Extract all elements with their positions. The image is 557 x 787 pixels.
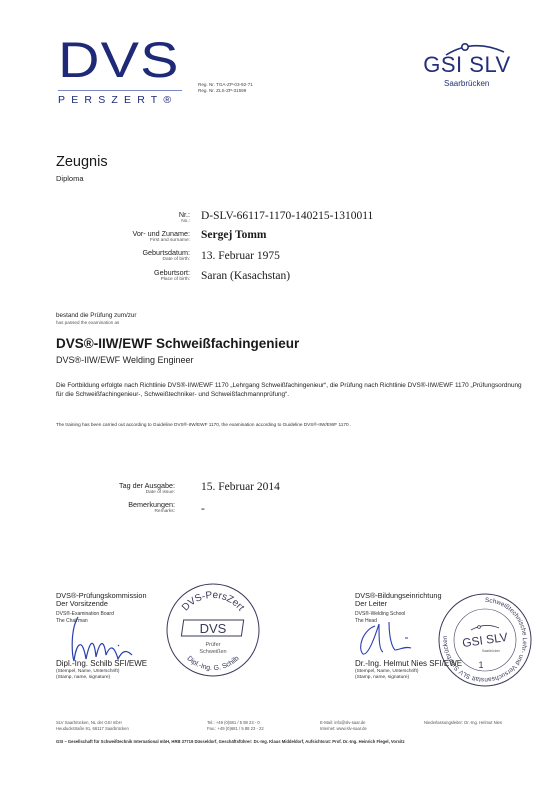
field-label-number: Nr.: No.: — [40, 211, 190, 225]
label-en: First and surname: — [40, 238, 190, 244]
handwritten-signature-icon — [60, 615, 150, 665]
qualification-title-en: DVS®-IIW/EWF Welding Engineer — [56, 355, 194, 365]
signature-note: (Stempel, Name, Unterschrift) (Stamp, na… — [56, 669, 119, 681]
footer-branch-manager: Niederlassungsleiter: Dr.-Ing. Helmut Ni… — [424, 720, 502, 726]
signature-role: Der Vorsitzende — [56, 600, 147, 608]
holder-name: Sergej Tomm — [201, 229, 266, 241]
certificate-number: D-SLV-66117-1170-140215-1310011 — [201, 210, 373, 222]
signatory-name: Dipl.-Ing. Schilb SFI/EWE — [56, 659, 147, 668]
registration-number: Reg. Nr. ZLS-ZP-31599 — [198, 88, 253, 94]
passed-de: bestand die Prüfung zum/zur — [56, 312, 137, 319]
gsi-slv-stamp-icon: Schweißtechnische Lehr- und Versuchsanst… — [437, 592, 533, 688]
gsi-logo-city: Saarbrücken — [444, 79, 528, 88]
field-label-birthplace: Geburtsort: Place of birth: — [40, 269, 190, 283]
document-subtitle: Diploma — [56, 174, 84, 183]
birth-date: 13. Februar 1975 — [201, 250, 280, 262]
footer-address-line: Heuduckstraße 91, 66117 Saarbrücken — [56, 726, 129, 732]
qualification-title: DVS®-IIW/EWF Schweißfachingenieur — [56, 336, 299, 351]
label-en: No.: — [40, 219, 190, 225]
footer-phone-line: Tel.: +49 (0)681 / 5 88 23 - 0 — [207, 720, 264, 726]
svg-text:GSI SLV: GSI SLV — [461, 630, 508, 650]
dvs-logo-rule — [58, 90, 182, 91]
document-title: Zeugnis — [56, 154, 108, 170]
dvs-perszert-logo: DVS PERSZERT® — [58, 38, 188, 106]
svg-text:Prüfer: Prüfer — [206, 642, 221, 648]
label-de: Geburtsdatum: — [142, 248, 190, 257]
birth-place: Saran (Kasachstan) — [201, 270, 290, 282]
training-description: Die Fortbildung erfolgte nach Richtlinie… — [56, 381, 526, 400]
gsi-slv-logo: GSI SLV Saarbrücken — [418, 40, 528, 88]
signature-note-en: (Stamp, name, signature) — [355, 675, 418, 681]
footer-email: E-Mail: info@slv-saar.de — [320, 720, 367, 726]
passed-examination-text: bestand die Prüfung zum/zur has passed t… — [56, 312, 137, 326]
svg-text:Saarbrücken: Saarbrücken — [482, 649, 500, 653]
footer-legal-text: GSI – Gesellschaft für Schweißtechnik In… — [56, 739, 405, 744]
footer-address: SLV Saarbrücken, NL der GSI mbH Heuducks… — [56, 720, 129, 731]
passed-en: has passed the examination as — [56, 319, 137, 326]
signature-note: (Stempel, Name, Unterschrift) (Stamp, na… — [355, 669, 418, 681]
footer-phone: Tel.: +49 (0)681 / 5 88 23 - 0 Fax.: +49… — [207, 720, 264, 731]
field-label-issue-date: Tag der Ausgabe: Date of issue: — [40, 482, 175, 496]
svg-text:Dipl.-Ing. G. Schilb: Dipl.-Ing. G. Schilb — [185, 655, 240, 672]
field-label-remarks: Bemerkungen: Remarks: — [40, 501, 175, 515]
field-label-birthdate: Geburtsdatum: Date of birth: — [40, 249, 190, 263]
label-en: Date of birth: — [40, 257, 190, 263]
dvs-logo-letters: DVS — [58, 38, 208, 82]
label-en: Remarks: — [40, 509, 175, 515]
footer-address-line: SLV Saarbrücken, NL der GSI mbH — [56, 720, 129, 726]
svg-text:DVS-PersZert: DVS-PersZert — [180, 590, 246, 614]
remarks-value: - — [201, 503, 205, 515]
field-label-name: Vor- und Zuname: First and surname: — [40, 230, 190, 244]
footer-fax-line: Fax.: +49 (0)681 / 5 88 23 - 22 — [207, 726, 264, 732]
dvs-perszert-stamp-icon: DVS-PersZert DVS Prüfer Schweißen Dipl.-… — [165, 582, 261, 678]
training-description-en: The training has been carried out accord… — [56, 422, 351, 427]
dvs-logo-subtitle: PERSZERT® — [58, 94, 188, 106]
signature-role: Der Leiter — [355, 600, 442, 608]
footer-website: Internet: www.slv-saar.de — [320, 726, 367, 732]
signature-note-en: (Stamp, name, signature) — [56, 675, 119, 681]
svg-text:1: 1 — [478, 660, 483, 670]
label-de: Nr.: — [179, 210, 190, 219]
registration-numbers: Reg. Nr. TGA-ZP-03-92-71 Reg. Nr. ZLS-ZP… — [198, 82, 253, 94]
issue-date: 15. Februar 2014 — [201, 481, 280, 493]
handwritten-signature-icon — [355, 620, 425, 660]
label-en: Date of issue: — [40, 490, 175, 496]
label-de: Geburtsort: — [154, 268, 190, 277]
svg-text:DVS: DVS — [200, 621, 227, 636]
svg-text:Schweißen: Schweißen — [199, 649, 226, 655]
label-de: Vor- und Zuname: — [132, 229, 190, 238]
footer-contact: E-Mail: info@slv-saar.de Internet: www.s… — [320, 720, 367, 731]
label-de: Bemerkungen: — [128, 500, 175, 509]
gsi-logo-name: GSI SLV — [406, 54, 528, 76]
label-en: Place of birth: — [40, 277, 190, 283]
label-de: Tag der Ausgabe: — [119, 481, 175, 490]
